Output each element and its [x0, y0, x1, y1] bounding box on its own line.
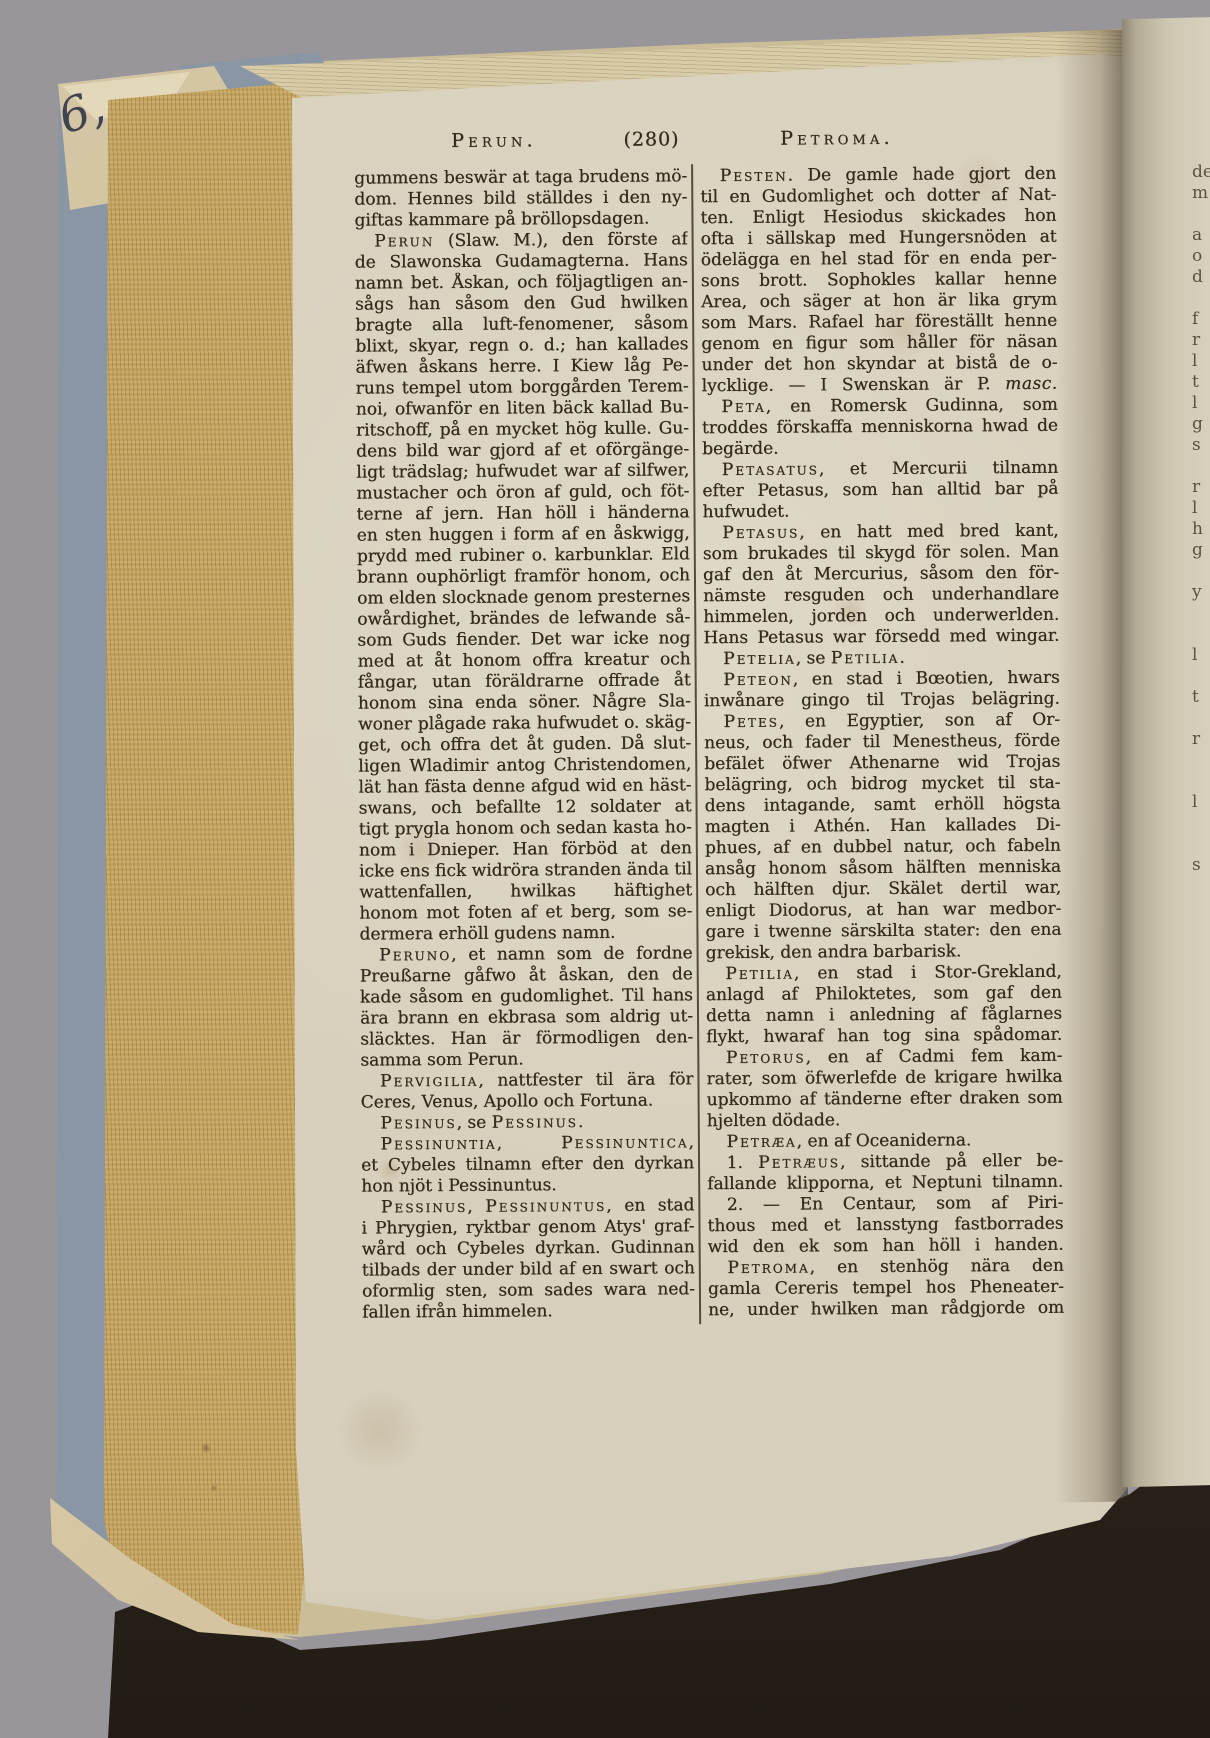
text-run: fångar, utan föräldrarne offrade åt	[358, 670, 691, 692]
text-line: tigt prygla honom och sedan kasta ho-	[359, 817, 692, 840]
text-line: rater, som öfwerlefde de krigare hwilka	[706, 1067, 1062, 1090]
text-run: , nattfester til ära för	[478, 1069, 693, 1091]
text-fragment	[1192, 834, 1210, 855]
text-run: hjelten dödade.	[707, 1110, 841, 1131]
text-line: ära brann en ekbrasa som aldrig ut-	[360, 1006, 693, 1029]
text-line: wård och Cybeles dyrkan. Gudinnan	[362, 1237, 695, 1260]
text-line: namn bet. Åskan, och följagtligen an-	[355, 271, 688, 294]
text-fragment: r	[1192, 729, 1210, 750]
text-fragment	[1192, 813, 1210, 834]
text-fragment	[1192, 708, 1210, 729]
entry-term: Petelia	[723, 649, 796, 670]
text-run: Area, och säger at hon är lika grym	[701, 290, 1057, 312]
text-line: thous med et lansstyng fastborrades	[707, 1214, 1063, 1237]
text-line: med at åt honom offra kreatur och	[357, 649, 690, 672]
text-run: wattenfallen, hwilkas häftighet kastade	[359, 880, 692, 903]
text-line: ofta i sällskap med Hungersnöden at	[701, 227, 1057, 250]
text-fragment: l	[1192, 498, 1210, 519]
text-line: Pervigilia, nattfester til ära för	[360, 1069, 693, 1092]
entry-term: Pervigilia	[380, 1071, 478, 1092]
text-line: blixt, skyar, regn o. d.; han kallades	[355, 334, 688, 357]
text-run: , se	[457, 1113, 492, 1133]
text-line: terne af jern. Han höll i händerna	[356, 502, 689, 525]
text-run: nämste resguden och underhandlare med	[703, 584, 1059, 607]
entry-term: Pessinuntica	[561, 1132, 688, 1153]
text-line: upkommo af tänderne efter draken som	[707, 1088, 1063, 1111]
text-line: wattenfallen, hwilkas häftighet kastade	[359, 880, 692, 903]
text-run: honom mot foten af et berg, som se-	[359, 901, 692, 923]
text-run: woner plågade raka hufwudet o. skäg-	[358, 712, 691, 734]
text-run: , en stenhög nära den	[810, 1256, 1064, 1278]
entry-term: Peruno	[379, 945, 451, 966]
text-run: begärde.	[702, 439, 779, 460]
text-fragment	[1192, 666, 1210, 687]
text-fragment: r	[1192, 477, 1210, 498]
text-run: under det hon skyndar at bistå de o-	[701, 353, 1057, 375]
text-fragment	[1192, 771, 1210, 792]
page-number: (280)	[604, 126, 699, 153]
text-run: terne af jern. Han höll i händerna	[356, 502, 689, 524]
text-run: giftas kammare på bröllopsdagen.	[354, 209, 649, 231]
text-line: Pessinus, Pessinuntus, en stad	[361, 1195, 694, 1218]
entry-term: Peteon	[723, 670, 793, 690]
text-line: flykt, hwaraf han tog sina spådomar.	[706, 1025, 1062, 1048]
text-run: neus, och fader til Menestheus, förde	[704, 731, 1060, 753]
text-line: samma som Perun.	[360, 1048, 693, 1071]
text-line: släcktes. Han är förmodligen den-	[360, 1027, 693, 1050]
text-run: befälet öfwer Athenarne wid Trojas	[704, 752, 1060, 774]
text-run: wid den ek som han höll i handen.	[708, 1235, 1064, 1257]
text-line: fallande klipporna, et Neptuni tilnamn.	[707, 1172, 1063, 1195]
text-run: . De gamle hade gjort den	[788, 164, 1057, 186]
text-fragment	[1192, 876, 1210, 897]
text-run: ligen Wladimir antog Christendomen,	[358, 754, 691, 776]
text-line: i Phrygien, ryktbar genom Atys' graf-	[361, 1216, 694, 1239]
entry-term: Pessinus	[492, 1112, 578, 1133]
text-run: inwånare gingo til Trojas belägring.	[704, 689, 1060, 711]
text-line: de Slawonska Gudamagterna. Hans	[355, 250, 688, 273]
text-fragment: l	[1192, 645, 1210, 666]
text-run: 1.	[727, 1153, 759, 1173]
text-line: Petilia, en stad i Stor-Grekland,	[706, 962, 1062, 985]
entry-term: Peta	[721, 397, 766, 417]
text-fragment	[1192, 624, 1210, 645]
text-line: anlagd af Philoktetes, som gaf den	[706, 983, 1062, 1006]
text-line: kade såsom en gudomlighet. Til hans	[360, 985, 693, 1008]
text-run: Hans Petasus war försedd med wingar.	[703, 626, 1059, 648]
text-fragment: m	[1192, 183, 1210, 204]
text-line: Perun (Slaw. M.), den förste af	[355, 229, 688, 252]
text-run: hon njöt i Pessinuntus.	[361, 1175, 557, 1196]
text-run: i Phrygien, ryktbar genom Atys' graf-	[361, 1216, 694, 1238]
text-line: grekisk, den andra barbarisk.	[706, 941, 1062, 964]
text-run: , sittande på eller be-	[840, 1151, 1063, 1173]
italic-text: masc.	[1005, 374, 1058, 394]
entry-term: Pessinuntus	[485, 1196, 606, 1217]
text-fragment	[1192, 561, 1210, 582]
entry-term: Pessinuntia	[380, 1134, 496, 1155]
text-line: honom mot foten af et berg, som se-	[359, 901, 692, 924]
text-line: ligt trädslag; hufwudet war af silfwer,	[356, 460, 689, 483]
text-run: icke ens fick widröra stranden ända til	[359, 859, 692, 881]
text-line: Peteon, en stad i Bœotien, hwars	[704, 668, 1060, 691]
text-line: befälet öfwer Athenarne wid Trojas	[704, 752, 1060, 775]
text-line: fallen ifrån himmelen.	[362, 1300, 695, 1323]
text-run: .	[578, 1112, 584, 1132]
text-line: brann ouphörligt framför honom, och	[357, 565, 690, 588]
text-line: nämste resguden och underhandlare med	[703, 584, 1059, 607]
text-line: Preußarne gåfwo åt åskan, den de dyr-	[360, 964, 693, 987]
text-run: fallen ifrån himmelen.	[362, 1301, 553, 1322]
text-fragment: f	[1192, 309, 1210, 330]
text-fragment: l	[1192, 351, 1210, 372]
text-run: get, och offra det åt guden. Då slut-	[358, 733, 691, 755]
text-line: som brukades til skygd för solen. Man	[703, 542, 1059, 565]
text-line: get, och offra det åt guden. Då slut-	[358, 733, 691, 756]
text-run: ansåg honom såsom hälften menniska	[705, 857, 1061, 879]
text-line: Peruno, et namn som de fordne	[360, 943, 693, 966]
text-line: et Cybeles tilnamn efter den dyrkan	[361, 1153, 694, 1176]
text-line: dens intagande, samt erhöll högsta	[704, 794, 1060, 817]
text-line: Petes, en Egyptier, son af Or-	[704, 710, 1060, 733]
text-line: enligt Diodorus, at han war medbor-	[705, 899, 1061, 922]
text-run: som brukades til skygd för solen. Man	[703, 542, 1059, 564]
text-line: Area, och säger at hon är lika grym	[701, 290, 1057, 313]
text-run: dens intagande, samt erhöll högsta	[704, 794, 1060, 816]
text-run: en sten huggen i form af en åskwigg,	[357, 523, 690, 545]
text-line: Petelia, se Petilia.	[703, 647, 1059, 670]
text-run: enligt Diodorus, at han war medbor-	[705, 899, 1061, 921]
text-line: genom en figur som håller för näsan	[701, 332, 1057, 355]
text-line: prydd med rubiner o. karbunklar. Eld	[357, 544, 690, 567]
text-fragment: l	[1192, 393, 1210, 414]
text-line: 1. Petræus, sittande på eller be-	[707, 1151, 1063, 1174]
text-run: til en Gudomlighet och dotter af Nat-	[700, 185, 1056, 207]
text-run: troddes förskaffa menniskorna hwad de	[702, 416, 1058, 438]
text-fragment: r	[1192, 330, 1210, 351]
text-run: , en Romersk Gudinna, som	[766, 395, 1058, 417]
text-fragment	[1192, 603, 1210, 624]
text-run: de Slawonska Gudamagterna. Hans	[355, 250, 688, 272]
text-run: belägring, och bidrog mycket til sta-	[704, 773, 1060, 795]
text-run: 2. — En Centaur, som af Piri-	[727, 1193, 1064, 1215]
entry-term: Petasus	[722, 522, 799, 543]
text-run: ,	[688, 1132, 694, 1152]
text-line: Petasatus, et Mercurii tilnamn	[702, 458, 1058, 481]
text-run: (Slaw. M.), den förste af	[434, 229, 688, 251]
text-line: lät han fästa denne afgud wid en häst-	[358, 775, 691, 798]
text-run: sons brott. Sophokles kallar henne	[701, 269, 1057, 291]
text-run: dom. Hennes bild ställdes i den ny-	[354, 187, 687, 209]
text-run: genom en figur som håller för näsan	[701, 332, 1057, 354]
text-run: ritschoff, på en mycket hög kulle. Gu-	[356, 418, 689, 440]
text-run: grekisk, den andra barbarisk.	[706, 941, 962, 963]
text-line: himmelen, jorden och underwerlden.	[703, 605, 1059, 628]
text-run: gummens beswär at taga brudens mö-	[354, 166, 687, 188]
text-run: gaf den åt Mercurius, såsom den för-	[703, 563, 1059, 585]
text-line: woner plågade raka hufwudet o. skäg-	[358, 712, 691, 735]
text-run: , en stad	[606, 1195, 694, 1216]
text-fragment	[1192, 204, 1210, 225]
text-run: Ceres, Venus, Apollo och Fortuna.	[361, 1091, 654, 1113]
text-run: swans, och befallte 12 soldater at dug-	[358, 796, 691, 819]
entry-term: Petasatus	[722, 459, 819, 480]
text-run: hufwudet.	[702, 502, 789, 523]
text-run: bragte alla luft-fenomener, såsom åska,	[355, 313, 688, 336]
text-run: om elden slocknade genom presternes	[357, 586, 690, 608]
text-run: namn bet. Åskan, och följagtligen an-	[355, 271, 688, 293]
text-line: neus, och fader til Menestheus, förde	[704, 731, 1060, 754]
text-line: ödelägga en hel stad för en enda per-	[701, 248, 1057, 271]
text-column-right: Pesten. De gamle hade gjort dentil en Gu…	[700, 164, 1064, 1321]
text-fragment: o	[1192, 246, 1210, 267]
text-run: släcktes. Han är förmodligen den-	[360, 1027, 693, 1049]
text-run: med at åt honom offra kreatur och	[357, 649, 690, 671]
text-fragment: t	[1192, 372, 1210, 393]
text-line: Hans Petasus war försedd med wingar.	[703, 626, 1059, 649]
text-run: owårdighet, brändes de lefwande så-	[357, 607, 690, 629]
text-line: troddes förskaffa menniskorna hwad de	[702, 416, 1058, 439]
text-run: ten. Enligt Hesiodus skickades hon	[700, 206, 1056, 228]
text-run: rater, som öfwerlefde de krigare hwilka	[706, 1067, 1062, 1089]
entry-term: Perun	[374, 231, 434, 251]
text-line: Petasus, en hatt med bred kant,	[703, 521, 1059, 544]
text-run: ära brann en ekbrasa som aldrig ut-	[360, 1006, 693, 1028]
text-run: gare i twenne särskilta stater: den ena	[705, 920, 1061, 942]
text-fragment: h	[1192, 519, 1210, 540]
text-line: Ceres, Venus, Apollo och Fortuna.	[361, 1090, 694, 1113]
text-line: bragte alla luft-fenomener, såsom åska,	[355, 313, 688, 336]
text-line: oformlig sten, som sades wara ned-	[362, 1279, 695, 1302]
text-line: runs tempel utom borggården Terem-	[356, 376, 689, 399]
running-title-left: Perun.	[409, 127, 579, 154]
text-run: , et Mercurii tilnamn	[819, 458, 1058, 480]
text-run: , se	[796, 648, 831, 668]
text-fragment: s	[1192, 435, 1210, 456]
text-line: icke ens fick widröra stranden ända til	[359, 859, 692, 882]
text-run: , en Egyptier, son af Or-	[779, 710, 1060, 732]
text-line: ne, under hwilken man rådgjorde om	[708, 1298, 1064, 1321]
text-line: inwånare gingo til Trojas belägring.	[704, 689, 1060, 712]
text-run: upkommo af tänderne efter draken som	[707, 1088, 1063, 1110]
text-line: hufwudet.	[702, 500, 1058, 523]
text-line: detta namn i anledning af fåglarnes	[706, 1004, 1062, 1027]
next-page-text-fragments: demaodfrltlgsrlhgyltrls	[1192, 162, 1210, 1342]
text-run: phues, af en dubbel natur, och fabeln	[705, 836, 1061, 858]
printed-page-text: Perun. (280) Petroma. gummens beswär at …	[354, 117, 1096, 1334]
text-line: phues, af en dubbel natur, och fabeln	[705, 836, 1061, 859]
text-run: Preußarne gåfwo åt åskan, den de dyr-	[360, 964, 693, 987]
entry-term: Petræus	[758, 1152, 840, 1173]
text-line: gummens beswär at taga brudens mö-	[354, 166, 687, 189]
text-run: äfwen åskans herre. I Kiew låg Pe-	[355, 355, 688, 377]
text-line: en sten huggen i form af en åskwigg,	[357, 523, 690, 546]
text-line: ligen Wladimir antog Christendomen,	[358, 754, 691, 777]
text-line: nom i Dnieper. Han förböd at den	[359, 838, 692, 861]
text-line: tilbads der under bild af en swart och	[362, 1258, 695, 1281]
text-run: ligt trädslag; hufwudet war af silfwer,	[356, 460, 689, 482]
text-line: swans, och befallte 12 soldater at dug-	[358, 796, 691, 819]
text-run: mustacher och öron af guld, och föt-	[356, 481, 689, 503]
text-line: Pesten. De gamle hade gjort den	[700, 164, 1056, 187]
text-fragment: s	[1192, 855, 1210, 876]
text-run: gamla Cereris tempel hos Pheneater-	[708, 1277, 1064, 1299]
text-run: ,	[467, 1197, 485, 1217]
text-fragment: l	[1192, 792, 1210, 813]
text-line: magten i Athén. Han kallades Di-	[705, 815, 1061, 838]
text-line: ten. Enligt Hesiodus skickades hon	[700, 206, 1056, 229]
text-run: ,	[497, 1133, 562, 1153]
text-run: kade såsom en gudomlighet. Til hans	[360, 985, 693, 1007]
text-line: fångar, utan föräldrarne offrade åt	[358, 670, 691, 693]
text-run: dermera erhöll gudens namn.	[359, 923, 615, 945]
text-fragment	[1192, 456, 1210, 477]
text-fragment: g	[1192, 414, 1210, 435]
text-run: lycklige. — I Swenskan är P.	[702, 374, 1006, 396]
text-fragment: a	[1192, 225, 1210, 246]
entry-term: Petilia	[831, 648, 900, 668]
text-line: belägring, och bidrog mycket til sta-	[704, 773, 1060, 796]
text-run: , en af Oceaniderna.	[797, 1130, 972, 1151]
text-line: Petræa, en af Oceaniderna.	[707, 1130, 1063, 1153]
text-run: tilbads der under bild af en swart och	[362, 1258, 695, 1280]
text-line: hjelten dödade.	[707, 1109, 1063, 1132]
text-run: noi, ofwanför en liten bäck kallad Bu-	[356, 397, 689, 419]
text-line: om elden slocknade genom presternes	[357, 586, 690, 609]
running-title-right: Petroma.	[742, 125, 932, 152]
text-line: begärde.	[702, 437, 1058, 460]
text-run: ödelägga en hel stad för en enda per-	[701, 248, 1057, 270]
text-run: som Mars. Rafael har föreställt henne	[701, 311, 1057, 333]
text-fragment	[1192, 750, 1210, 771]
text-run: ne, under hwilken man rådgjorde om	[708, 1298, 1064, 1320]
text-run: tigt prygla honom och sedan kasta ho-	[359, 817, 692, 839]
text-line: gamla Cereris tempel hos Pheneater-	[708, 1277, 1064, 1300]
entry-term: Pesten	[720, 166, 788, 186]
text-run: ofta i sällskap med Hungersnöden at	[701, 227, 1057, 249]
text-run: efter Petasus, som han alltid bar på	[702, 479, 1058, 501]
text-line: lycklige. — I Swenskan är P. masc.	[702, 374, 1058, 397]
text-run: och hälften djur. Skälet dertil war,	[705, 878, 1061, 900]
text-line: äfwen åskans herre. I Kiew låg Pe-	[355, 355, 688, 378]
text-run: honom sina enda söner. Någre Sla-	[358, 691, 691, 713]
text-run: dens bild war gjord af et oförgänge-	[356, 439, 689, 461]
text-line: owårdighet, brändes de lefwande så-	[357, 607, 690, 630]
text-line: under det hon skyndar at bistå de o-	[701, 353, 1057, 376]
text-run: thous med et lansstyng fastborrades	[707, 1214, 1063, 1236]
text-fragment: y	[1192, 582, 1210, 603]
entry-term: Petræa	[726, 1132, 796, 1152]
text-run: magten i Athén. Han kallades Di-	[705, 815, 1061, 837]
text-run: brann ouphörligt framför honom, och	[357, 565, 690, 587]
text-run: oformlig sten, som sades wara ned-	[362, 1279, 695, 1301]
text-run: , en hatt med bred kant,	[799, 521, 1059, 543]
text-run: anlagd af Philoktetes, som gaf den	[706, 983, 1062, 1005]
text-run: wård och Cybeles dyrkan. Gudinnan	[362, 1237, 695, 1259]
text-run: .	[899, 648, 905, 668]
text-run: himmelen, jorden och underwerlden.	[703, 605, 1059, 627]
text-run: blixt, skyar, regn o. d.; han kallades	[355, 334, 688, 356]
text-line: giftas kammare på bröllopsdagen.	[354, 208, 687, 231]
text-line: gare i twenne särskilta stater: den ena	[705, 920, 1061, 943]
text-run: et Cybeles tilnamn efter den dyrkan	[361, 1153, 694, 1175]
text-line: dermera erhöll gudens namn.	[359, 922, 692, 945]
text-run: nom i Dnieper. Han förböd at den	[359, 838, 692, 860]
text-line: efter Petasus, som han alltid bar på	[702, 479, 1058, 502]
text-run: fallande klipporna, et Neptuni tilnamn.	[707, 1172, 1063, 1194]
text-run: sågs han såsom den Gud hwilken fram-	[355, 292, 688, 315]
text-line: honom sina enda söner. Någre Sla-	[358, 691, 691, 714]
text-line: wid den ek som han höll i handen.	[708, 1235, 1064, 1258]
text-line: Petorus, en af Cadmi fem kam-	[706, 1046, 1062, 1069]
text-line: gaf den åt Mercurius, såsom den för-	[703, 563, 1059, 586]
text-run: , en stad i Bœotien, hwars	[793, 668, 1060, 690]
text-fragment	[1192, 288, 1210, 309]
text-run: flykt, hwaraf han tog sina spådomar.	[706, 1025, 1062, 1047]
text-line: ritschoff, på en mycket hög kulle. Gu-	[356, 418, 689, 441]
text-run: runs tempel utom borggården Terem-	[356, 376, 689, 398]
entry-term: Petes	[723, 712, 779, 732]
text-line: mustacher och öron af guld, och föt-	[356, 481, 689, 504]
text-line: dom. Hennes bild ställdes i den ny-	[354, 187, 687, 210]
text-column-left: gummens beswär at taga brudens mö-dom. H…	[354, 166, 695, 1323]
text-line: Pesinus, se Pessinus.	[361, 1111, 694, 1134]
text-run: samma som Perun.	[360, 1049, 523, 1070]
text-line: ansåg honom såsom hälften menniska	[705, 857, 1061, 880]
entry-term: Pesinus	[380, 1113, 456, 1134]
text-line: Peta, en Romersk Gudinna, som	[702, 395, 1058, 418]
text-run: , et namn som de fordne	[451, 943, 693, 965]
entry-term: Pessinus	[381, 1197, 467, 1218]
entry-term: Petroma	[727, 1257, 809, 1278]
text-line: och hälften djur. Skälet dertil war,	[705, 878, 1061, 901]
text-line: 2. — En Centaur, som af Piri-	[707, 1193, 1063, 1216]
text-fragment: de	[1192, 162, 1210, 183]
text-fragment: d	[1192, 267, 1210, 288]
text-fragment: t	[1192, 687, 1210, 708]
text-line: sons brott. Sophokles kallar henne	[701, 269, 1057, 292]
text-run: detta namn i anledning af fåglarnes	[706, 1004, 1062, 1026]
text-line: dens bild war gjord af et oförgänge-	[356, 439, 689, 462]
text-line: som Guds fiender. Det war icke nog	[357, 628, 690, 651]
text-line: Pessinuntia, Pessinuntica,	[361, 1132, 694, 1155]
entry-term: Petorus	[726, 1047, 806, 1068]
text-fragment: g	[1192, 540, 1210, 561]
text-run: , en af Cadmi fem kam-	[805, 1046, 1062, 1068]
text-line: hon njöt i Pessinuntus.	[361, 1174, 694, 1197]
text-line: Petroma, en stenhög nära den	[708, 1256, 1064, 1279]
text-line: sågs han såsom den Gud hwilken fram-	[355, 292, 688, 315]
text-line: som Mars. Rafael har föreställt henne	[701, 311, 1057, 334]
text-run: som Guds fiender. Det war icke nog	[357, 628, 690, 650]
text-run: prydd med rubiner o. karbunklar. Eld	[357, 544, 690, 566]
text-line: til en Gudomlighet och dotter af Nat-	[700, 185, 1056, 208]
entry-term: Petilia	[725, 964, 794, 984]
text-run: , en stad i Stor-Grekland,	[794, 962, 1062, 984]
text-run: lät han fästa denne afgud wid en häst-	[358, 775, 691, 797]
text-line: noi, ofwanför en liten bäck kallad Bu-	[356, 397, 689, 420]
